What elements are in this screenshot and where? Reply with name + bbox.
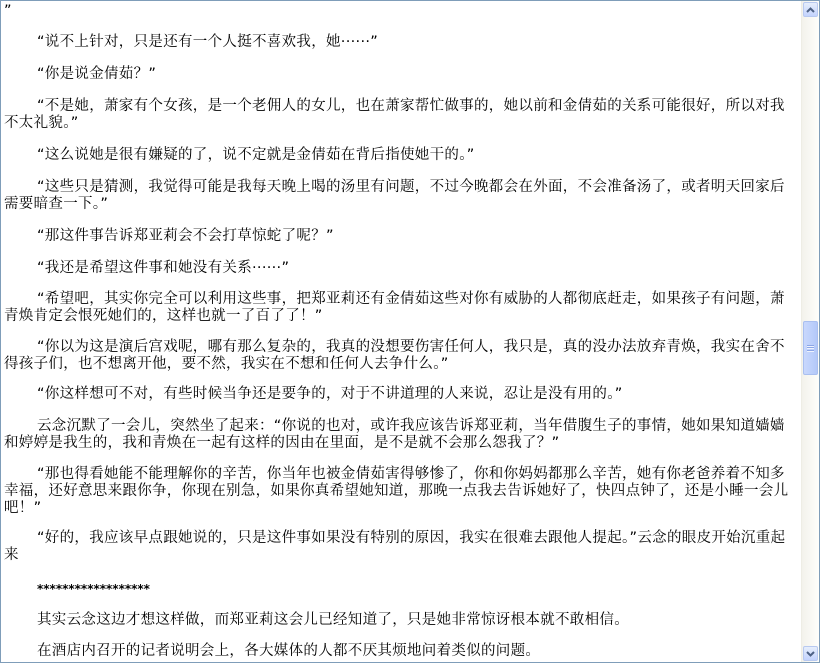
paragraph: “我还是希望这件事和她没有关系······” [4, 260, 790, 277]
paragraph: “这么说她是很有嫌疑的了，说不定就是金倩茹在背后指使她干的。” [4, 147, 790, 164]
scroll-up-button[interactable] [803, 2, 818, 17]
paragraph: 在酒店内召开的记者说明会上，各大媒体的人都不厌其烦地问着类似的问题。 [4, 643, 790, 660]
paragraph: “你以为这是演后宫戏呢，哪有那么复杂的，我真的没想要伤害任何人，我只是，真的没办… [4, 339, 790, 373]
chevron-up-icon [806, 7, 815, 13]
vertical-scrollbar[interactable] [801, 1, 819, 662]
grip-icon [807, 345, 814, 352]
section-divider: ****************** [4, 581, 790, 598]
paragraph: “希望吧，其实你完全可以利用这些事，把郑亚莉还有金倩茹这些对你有威胁的人都彻底赶… [4, 291, 790, 325]
paragraph: “这些只是猜测，我觉得可能是我每天晚上喝的汤里有问题，不过今晚都会在外面，不会准… [4, 179, 790, 213]
paragraph: “说不上针对，只是还有一个人挺不喜欢我，她······” [4, 34, 790, 51]
paragraph: 其实云念这边才想这样做，而郑亚莉这会儿已经知道了，只是她非常惊讶根本就不敢相信。 [4, 612, 790, 629]
reader-window: ” “说不上针对，只是还有一个人挺不喜欢我，她······” “你是说金倩茹？”… [0, 0, 820, 663]
paragraph: “不是她，萧家有个女孩，是一个老佣人的女儿，也在萧家帮忙做事的，她以前和金倩茹的… [4, 98, 790, 132]
paragraph: “你是说金倩茹？” [4, 66, 790, 83]
scroll-down-button[interactable] [803, 646, 818, 661]
paragraph-closing-quote: ” [4, 3, 790, 20]
scroll-thumb[interactable] [803, 321, 818, 375]
paragraph: “好的，我应该早点跟她说的，只是这件事如果没有特别的原因，我实在很难去跟他人提起… [4, 530, 790, 564]
paragraph: 云念沉默了一会儿，突然坐了起来：“你说的也对，或许我应该告诉郑亚莉，当年借腹生子… [4, 418, 790, 452]
paragraph: “你这样想可不对，有些时候当争还是要争的，对于不讲道理的人来说，忍让是没有用的。… [4, 386, 790, 403]
chevron-down-icon [806, 651, 815, 657]
document-content: ” “说不上针对，只是还有一个人挺不喜欢我，她······” “你是说金倩茹？”… [1, 1, 801, 662]
paragraph: “那也得看她能不能理解你的辛苦，你当年也被金倩茹害得够惨了，你和你妈妈都那么辛苦… [4, 466, 790, 517]
paragraph: “那这件事告诉郑亚莉会不会打草惊蛇了呢？” [4, 228, 790, 245]
